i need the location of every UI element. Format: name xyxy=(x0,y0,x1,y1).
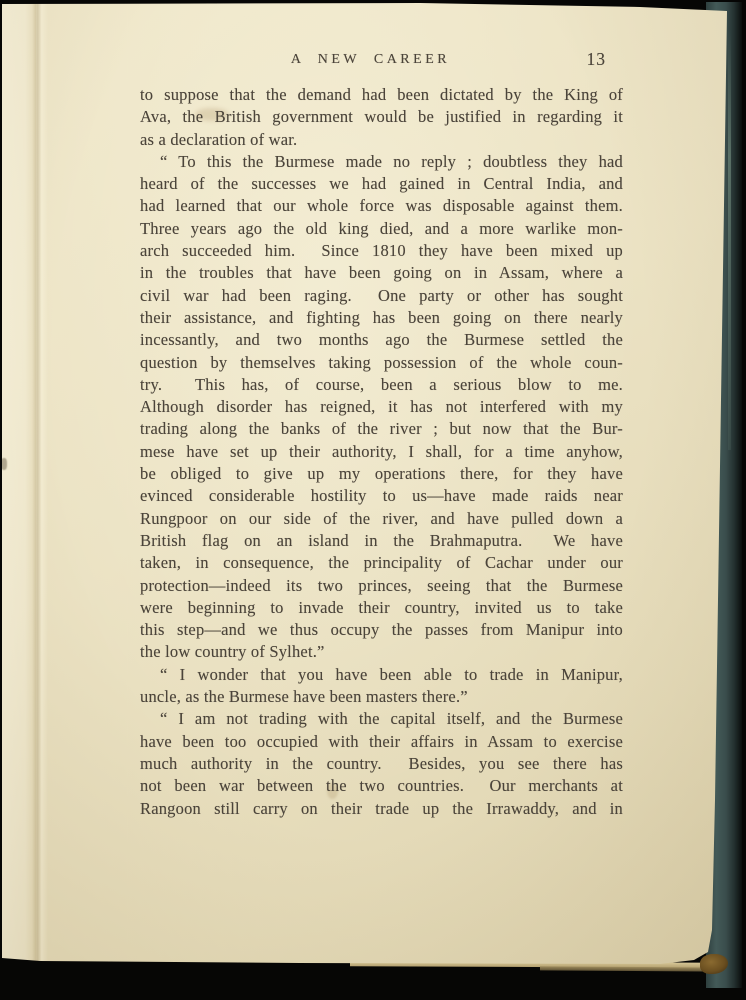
text-line: mese have set up their authority, I shal… xyxy=(140,441,623,463)
text-line: Rungpoor on our side of the river, and h… xyxy=(140,508,623,530)
text-line: civil war had been raging. One party or … xyxy=(140,285,623,307)
paper-speck xyxy=(1,458,7,470)
text-line: Three years ago the old king died, and a… xyxy=(140,218,623,240)
facing-page-edge xyxy=(0,0,36,962)
text-line: in the troubles that have been going on … xyxy=(140,262,623,284)
scanned-book-photo: A NEW CAREER 13 to suppose that the dema… xyxy=(0,0,746,1000)
text-line: trading along the banks of the river ; b… xyxy=(140,418,623,440)
text-line: question by themselves taking possession… xyxy=(140,352,623,374)
text-line: the low country of Sylhet.” xyxy=(140,641,623,663)
text-line: this step—and we thus occupy the passes … xyxy=(140,619,623,641)
text-line: have been too occupied with their affair… xyxy=(140,731,623,753)
text-line: as a declaration of war. xyxy=(140,129,623,151)
page-title: A NEW CAREER xyxy=(140,50,623,70)
text-line: incessantly, and two months ago the Burm… xyxy=(140,329,623,351)
text-line: be obliged to give up my operations ther… xyxy=(140,463,623,485)
text-line: their assistance, and fighting has been … xyxy=(140,307,623,329)
stacked-page-edge xyxy=(540,966,720,971)
text-line: “ To this the Burmese made no reply ; do… xyxy=(140,151,623,173)
text-line: not been war between the two countries. … xyxy=(140,775,623,797)
text-line: British flag on an island in the Brahmap… xyxy=(140,530,623,552)
gutter-crease xyxy=(32,0,48,964)
text-line: much authority in the country. Besides, … xyxy=(140,753,623,775)
text-line: had learned that our whole force was dis… xyxy=(140,195,623,217)
text-line: try. This has, of course, been a serious… xyxy=(140,374,623,396)
text-line: Ava, the British government would be jus… xyxy=(140,106,623,128)
text-line: “ I am not trading with the capital itse… xyxy=(140,708,623,730)
text-line: uncle, as the Burmese have been masters … xyxy=(140,686,623,708)
text-line: protection—indeed its two princes, seein… xyxy=(140,575,623,597)
text-line: Rangoon still carry on their trade up th… xyxy=(140,798,623,820)
text-column: to suppose that the demand had been dict… xyxy=(140,84,623,820)
text-line: to suppose that the demand had been dict… xyxy=(140,84,623,106)
text-line: heard of the successes we had gained in … xyxy=(140,173,623,195)
book-cover-highlight xyxy=(728,30,731,450)
book-page: A NEW CAREER 13 to suppose that the dema… xyxy=(0,0,730,968)
page-number: 13 xyxy=(587,49,607,69)
text-line: taken, in consequence, the principality … xyxy=(140,552,623,574)
running-head: A NEW CAREER 13 xyxy=(140,50,623,70)
text-line: evinced considerable hostility to us—hav… xyxy=(140,485,623,507)
text-line: “ I wonder that you have been able to tr… xyxy=(140,664,623,686)
text-line: arch succeeded him. Since 1810 they have… xyxy=(140,240,623,262)
text-line: were beginning to invade their country, … xyxy=(140,597,623,619)
text-line: Although disorder has reigned, it has no… xyxy=(140,396,623,418)
